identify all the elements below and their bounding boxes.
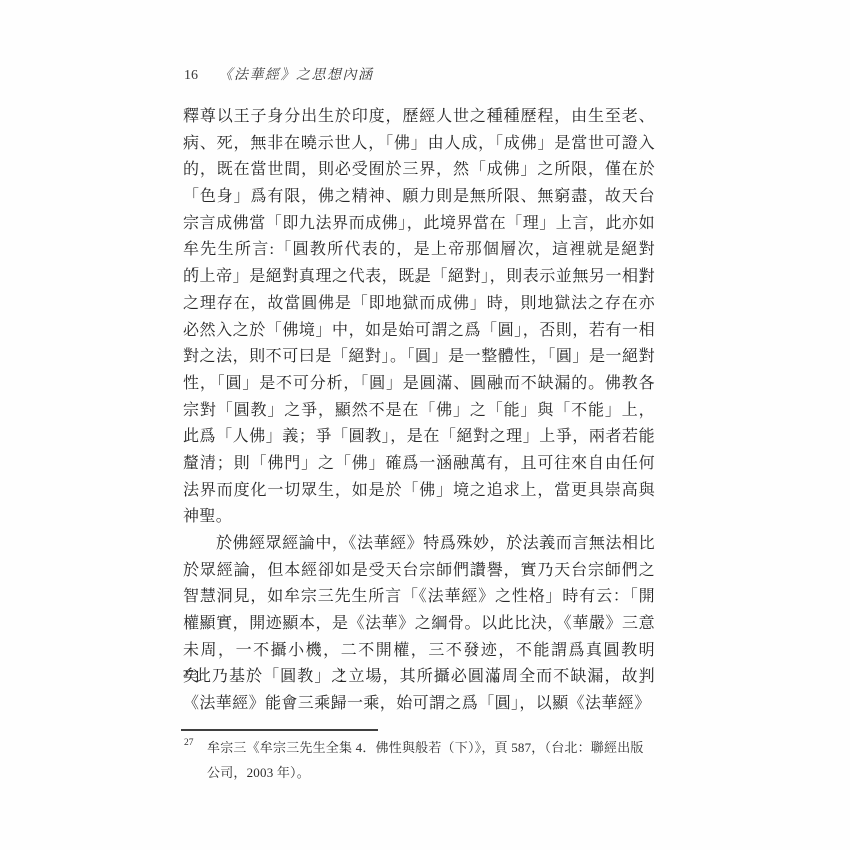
text-line: 之理存在，故當圓佛是「即地獄而成佛」時，則地獄法之存在亦 bbox=[183, 291, 655, 318]
book-page: 16 《法華經》之思想內涵 釋尊以王子身分出生於印度，歷經人世之種種歷程，由生至… bbox=[0, 0, 850, 850]
text-line: 釋尊以王子身分出生於印度，歷經人世之種種歷程，由生至老、 bbox=[183, 104, 655, 131]
text-line: 性，「圓」是不可分析，「圓」是圓滿、圓融而不缺漏的。佛教各 bbox=[183, 371, 655, 398]
text-line: 對之法，則不可曰是「絕對」。「圓」是一整體性，「圓」是一絕對 bbox=[183, 344, 655, 371]
text-line: 此爲「人佛」義；爭「圓教」，是在「絕對之理」上爭，兩者若能 bbox=[183, 424, 655, 451]
text-line: 宗言成佛當「即九法界而成佛」，此境界當在「理」上言，此亦如 bbox=[183, 211, 655, 238]
footnote: 27 牟宗三《牟宗三先生全集 4．佛性與般若（下）》，頁 587，（台北：聯經出… bbox=[184, 736, 674, 785]
text-line: ²⁷此乃基於「圓教」之立場，其所攝必圓滿周全而不缺漏，故判 bbox=[183, 664, 655, 691]
text-line: 權顯實，開迹顯本，是《法華》之綱骨。以此比決，《華嚴》三意 bbox=[183, 611, 655, 638]
text-line: 的，既在當世間，則必受囿於三界，然「成佛」之所限，僅在於 bbox=[183, 157, 655, 184]
text-line: 未周，一不攝小機，二不開權，三不發迹，不能謂爲真圓教明矣！。」 bbox=[183, 638, 655, 665]
fn-line: 牟宗三《牟宗三先生全集 4．佛性與般若（下）》，頁 587，（台北：聯經出版 bbox=[207, 736, 674, 761]
footnote-body: 牟宗三《牟宗三先生全集 4．佛性與般若（下）》，頁 587，（台北：聯經出版公司… bbox=[207, 736, 674, 785]
fn-line: 公司，2003 年）。 bbox=[207, 761, 674, 786]
text-line: 法界而度化一切眾生，如是於「佛」境之追求上，當更具崇高與 bbox=[183, 478, 655, 505]
text-line: 《法華經》能會三乘歸一乘，始可謂之爲「圓」，以顯《法華經》 bbox=[183, 691, 655, 718]
text-line: 於佛經眾經論中，《法華經》特爲殊妙，於法義而言無法相比 bbox=[183, 531, 655, 558]
footnote-marker: 27 bbox=[184, 738, 194, 748]
paragraph-1: 釋尊以王子身分出生於印度，歷經人世之種種歷程，由生至老、病、死，無非在曉示世人，… bbox=[183, 104, 655, 531]
text-line: 病、死，無非在曉示世人，「佛」由人成，「成佛」是當世可證入 bbox=[183, 131, 655, 158]
text-line: 於眾經論，但本經卻如是受天台宗師們讚譽，實乃天台宗師們之 bbox=[183, 558, 655, 585]
footnote-divider bbox=[181, 729, 378, 731]
running-title: 《法華經》之思想內涵 bbox=[219, 68, 374, 83]
text-line: 牟先生所言:「圓教所代表的，是上帝那個層次，這裡就是絕對的。」 bbox=[183, 237, 655, 264]
text-line: 宗對「圓教」之爭，顯然不是在「佛」之「能」與「不能」上， bbox=[183, 398, 655, 425]
body-text: 釋尊以王子身分出生於印度，歷經人世之種種歷程，由生至老、病、死，無非在曉示世人，… bbox=[183, 104, 655, 718]
text-line: 釐清；則「佛門」之「佛」確爲一涵融萬有，且可往來自由任何 bbox=[183, 451, 655, 478]
text-line: 智慧洞見，如牟宗三先生所言「《法華經》之性格」時有云：「開 bbox=[183, 584, 655, 611]
text-line: 「上帝」是絕對真理之代表，既是「絕對」，則表示並無另一相對 bbox=[183, 264, 655, 291]
text-line: 神聖。 bbox=[183, 504, 655, 531]
page-number: 16 bbox=[184, 68, 198, 84]
text-line: 必然入之於「佛境」中，如是始可謂之爲「圓」，否則，若有一相 bbox=[183, 318, 655, 345]
page-header: 16 《法華經》之思想內涵 bbox=[184, 64, 374, 84]
text-line: 「色身」爲有限，佛之精神、願力則是無所限、無窮盡，故天台 bbox=[183, 184, 655, 211]
paragraph-2: 於佛經眾經論中，《法華經》特爲殊妙，於法義而言無法相比於眾經論，但本經卻如是受天… bbox=[183, 531, 655, 718]
